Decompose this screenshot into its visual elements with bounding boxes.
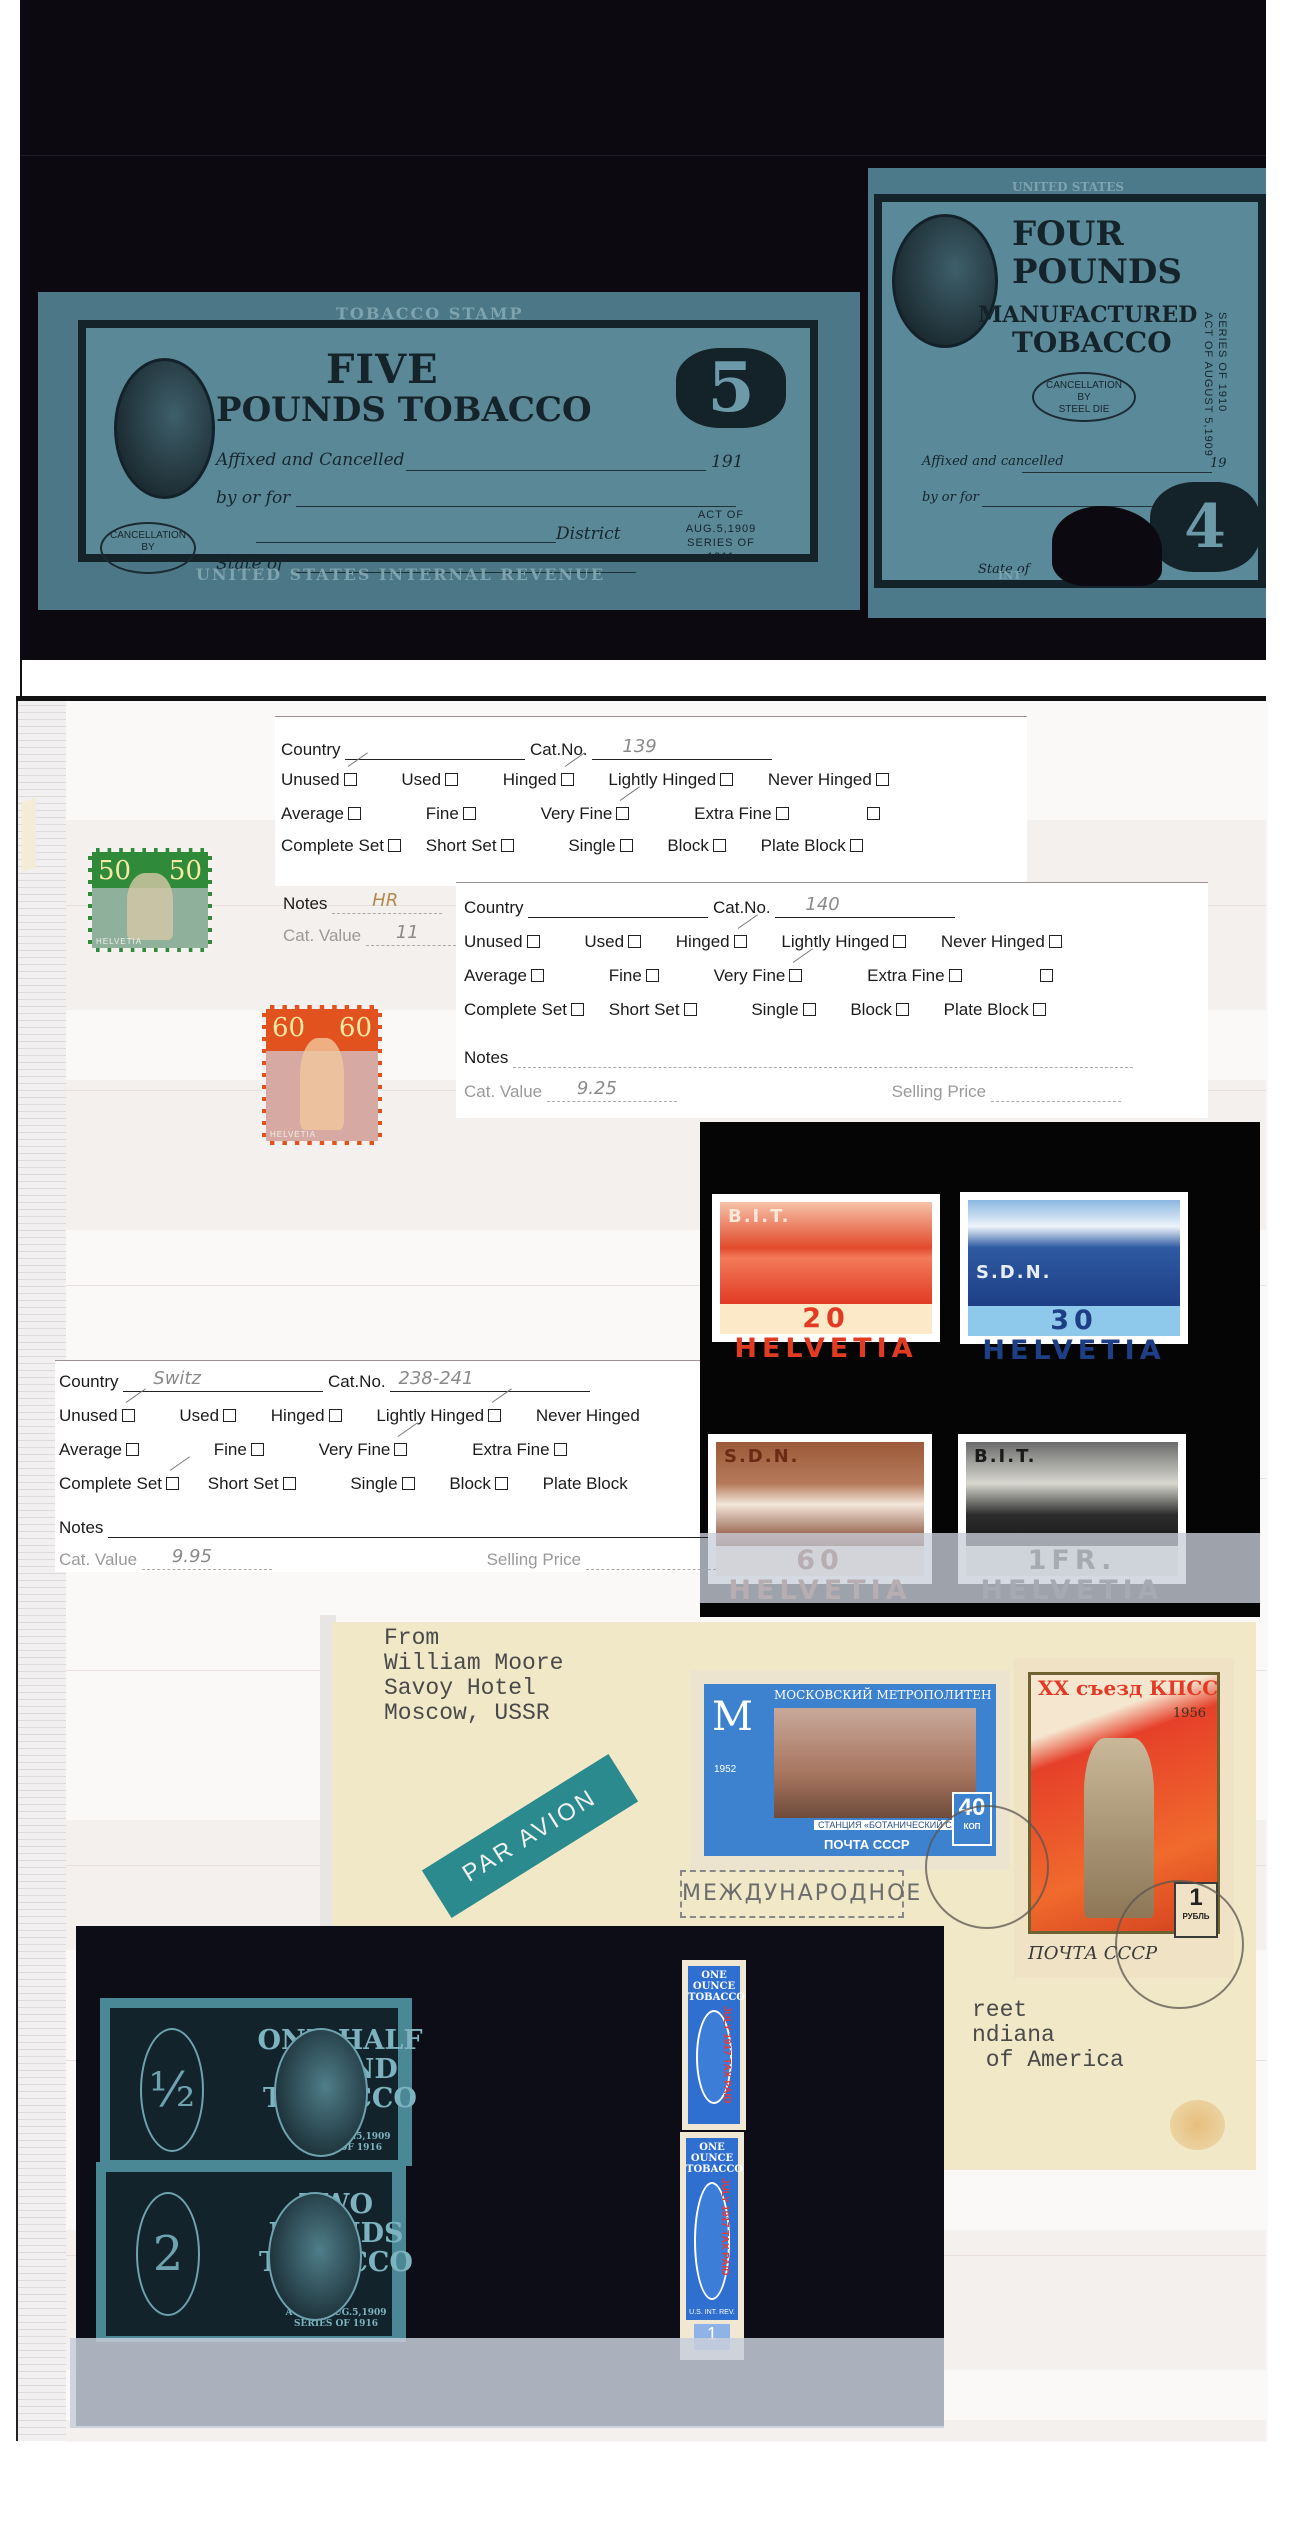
stamp-info-card: Country Cat.No. 140 Unused Used Hinged L…: [456, 882, 1208, 1118]
catno-label: Cat.No.: [328, 1372, 386, 1391]
selling-price-field[interactable]: [991, 1083, 1121, 1102]
stamp-helvetia-60[interactable]: 60 60 HELVETIA: [262, 1005, 382, 1145]
cancellation-oval: CANCELLATION BY STEEL DIE: [1032, 372, 1136, 422]
stamp-title-line2: POUNDS TOBACCO: [216, 390, 592, 430]
stamp-header: TOBACCO STAMP: [336, 304, 524, 323]
stamp-header: UNITED STATES: [1012, 180, 1124, 194]
series-vertical-text: SERIES OF 1910: [1216, 312, 1228, 412]
stamp-two-pounds-tobacco[interactable]: 2 TWO POUNDS TOBACCO ACT OF AUG.5,1909 S…: [96, 2162, 406, 2342]
stamp-half-pound-tobacco[interactable]: ½ ONE-HALF POUND TOBACCO ACT OF AUG.5,19…: [100, 1998, 412, 2166]
notes-field[interactable]: [108, 1519, 708, 1538]
grade-row: Average Fine Very Fine Extra Fine: [59, 1440, 567, 1460]
checkbox-blank[interactable]: [867, 807, 880, 820]
metro-station-image: [774, 1708, 976, 1818]
act-series-block: ACT OF AUG.5,1909 SERIES OF 1911: [676, 508, 766, 564]
checkbox-used[interactable]: [628, 935, 641, 948]
indian-head-portrait-icon: [114, 358, 215, 499]
format-row: Complete Set Short Set Single Block Plat…: [59, 1474, 628, 1494]
metro-monogram: M: [712, 1694, 753, 1740]
checkbox-very-fine[interactable]: [394, 1443, 407, 1456]
checkbox-hinged[interactable]: [561, 773, 574, 786]
indian-head-portrait-icon: [274, 2028, 368, 2157]
cat-value-label: Cat. Value: [59, 1550, 137, 1569]
red-overprint: JULY 1917 TAX PAID: [714, 2178, 730, 2300]
black-stock-mount: B.I.T. 20 HELVETIA S.D.N. 30 HELVETIA S.…: [700, 1122, 1260, 1617]
torn-paper-scrap: [22, 797, 36, 872]
condition-row: Unused Used Hinged Lightly Hinged Never …: [59, 1406, 640, 1426]
notes-field[interactable]: [513, 1049, 1133, 1068]
checkbox-never-hinged[interactable]: [1049, 935, 1062, 948]
cat-value-label: Cat. Value: [283, 926, 361, 945]
stamp-numeral: 4: [1150, 482, 1260, 572]
country-field[interactable]: [345, 741, 525, 760]
affixed-label: Affixed and Cancelled: [216, 450, 405, 470]
checkbox-never-hinged[interactable]: [876, 773, 889, 786]
country-field[interactable]: [528, 899, 708, 918]
selling-price-label: Selling Price: [487, 1550, 582, 1569]
country-label: Country: [59, 1372, 119, 1391]
glassine-sleeve: [70, 2338, 944, 2428]
checkbox-plate-block[interactable]: [1033, 1003, 1046, 1016]
foxing-stain: [1170, 2100, 1225, 2150]
checkbox-used[interactable]: [445, 773, 458, 786]
checkbox-complete-set[interactable]: [388, 839, 401, 852]
checkbox-block[interactable]: [713, 839, 726, 852]
format-row: Complete Set Short Set Single Block Plat…: [281, 836, 863, 856]
stamp-helvetia-50[interactable]: 50 50 HELVETIA: [88, 848, 212, 952]
selling-price-field[interactable]: [586, 1551, 716, 1570]
by-or-for-label: by or for: [216, 488, 290, 508]
checkbox-short-set[interactable]: [283, 1477, 296, 1490]
stamp-frame: TOBACCO STAMP FIVE POUNDS TOBACCO 5 Affi…: [78, 320, 818, 562]
catno-field[interactable]: 139: [592, 741, 772, 760]
stamp-one-ounce-tobacco[interactable]: ONE OUNCE TOBACCO JULY 1917 TAX PAID: [682, 1960, 746, 2130]
condition-row: Unused Used Hinged Lightly Hinged Never …: [281, 770, 889, 790]
stamp-title-line1: FIVE: [326, 346, 439, 393]
checkbox-average[interactable]: [348, 807, 361, 820]
indian-head-portrait-icon: [268, 2192, 362, 2321]
country-field[interactable]: Switz: [123, 1373, 323, 1392]
stamp-frame: UNITED STATES FOUR POUNDS MANUFACTURED T…: [874, 194, 1266, 588]
helvetia-figure-icon: [300, 1038, 345, 1130]
checkbox-complete-set[interactable]: [571, 1003, 584, 1016]
postmark-circle: [925, 1805, 1049, 1929]
cat-value-label: Cat. Value: [464, 1082, 542, 1101]
recipient-address: reet ndiana of America: [972, 1998, 1124, 2073]
torn-corner: [1052, 506, 1162, 586]
selling-price-label: Selling Price: [892, 1082, 987, 1101]
helvetia-figure-icon: [127, 873, 173, 940]
checkbox-complete-set[interactable]: [166, 1477, 179, 1490]
checkbox-fine[interactable]: [251, 1443, 264, 1456]
stamp-title-line: MANUFACTURED: [978, 302, 1197, 328]
checkbox-unused[interactable]: [122, 1409, 135, 1422]
grade-row: Average Fine Very Fine Extra Fine: [281, 804, 880, 824]
condition-row: Unused Used Hinged Lightly Hinged Never …: [464, 932, 1062, 952]
four-pounds-tobacco-stamp[interactable]: UNITED STATES FOUR POUNDS MANUFACTURED T…: [868, 168, 1266, 618]
checkbox-single[interactable]: [803, 1003, 816, 1016]
cat-value-field[interactable]: 9.95: [142, 1551, 272, 1570]
stamp-helvetia-20-bit[interactable]: B.I.T. 20 HELVETIA: [712, 1194, 940, 1342]
format-row: Complete Set Short Set Single Block Plat…: [464, 1000, 1046, 1020]
year-prefix: 191: [711, 452, 743, 472]
checkbox-lightly-hinged[interactable]: [720, 773, 733, 786]
checkbox-used[interactable]: [223, 1409, 236, 1422]
return-address: From William Moore Savoy Hotel Moscow, U…: [384, 1626, 563, 1726]
catno-field[interactable]: 140: [775, 899, 955, 918]
district-label: District: [556, 524, 621, 544]
stamp-helvetia-30-sdn[interactable]: S.D.N. 30 HELVETIA: [960, 1192, 1188, 1344]
by-or-for-label: by or for: [922, 490, 979, 505]
checkbox-unused[interactable]: [344, 773, 357, 786]
checkbox-lightly-hinged[interactable]: [488, 1409, 501, 1422]
stamp-title-line: POUNDS: [1012, 252, 1182, 292]
separator-strip: [20, 660, 1268, 698]
country-label: Country: [281, 740, 341, 759]
checkbox-unused[interactable]: [527, 935, 540, 948]
grade-row: Average Fine Very Fine Extra Fine: [464, 966, 1053, 986]
catno-label: Cat.No.: [713, 898, 771, 917]
glassine-sleeve: [700, 1533, 1260, 1603]
checkbox-very-fine[interactable]: [616, 807, 629, 820]
checkbox-average[interactable]: [126, 1443, 139, 1456]
black-stock-mount-bottom: ½ ONE-HALF POUND TOBACCO ACT OF AUG.5,19…: [76, 1926, 944, 2426]
stamp-numeral: 5: [676, 348, 786, 428]
stamp-title-line: TOBACCO: [1012, 326, 1172, 359]
checkbox-lightly-hinged[interactable]: [893, 935, 906, 948]
notes-label: Notes: [464, 1048, 508, 1067]
notes-label: Notes: [59, 1518, 103, 1537]
country-label: Country: [464, 898, 524, 917]
checkbox-plate-block[interactable]: [850, 839, 863, 852]
checkbox-extra-fine[interactable]: [776, 807, 789, 820]
checkbox-hinged[interactable]: [734, 935, 747, 948]
affixed-label: Affixed and cancelled: [922, 454, 1064, 469]
postmark-circle: [1115, 1880, 1244, 2009]
checkbox-average[interactable]: [531, 969, 544, 982]
stamp-one-ounce-tobacco[interactable]: ONE OUNCE TOBACCO JULY 1917 TAX PAID U.S…: [680, 2132, 744, 2360]
notes-label: Notes: [283, 894, 327, 913]
checkbox-single[interactable]: [620, 839, 633, 852]
red-overprint: JULY 1917 TAX PAID: [716, 2006, 732, 2104]
panel-fold-line: [20, 155, 1266, 156]
catno-field[interactable]: 238-241: [390, 1373, 590, 1392]
stamp-info-card: Country Cat.No. 139 Unused Used Hinged L…: [275, 716, 1027, 886]
cat-value-field[interactable]: 11: [366, 927, 456, 946]
card1-notes-area: Notes HR Cat. Value 11: [275, 880, 455, 955]
cancellation-oval: CANCELLATION BY STEEL DIE: [100, 522, 196, 574]
checkbox-short-set[interactable]: [684, 1003, 697, 1016]
cat-value-field[interactable]: 9.25: [547, 1083, 677, 1102]
checkbox-hinged[interactable]: [329, 1409, 342, 1422]
checkbox-fine[interactable]: [646, 969, 659, 982]
checkbox-blank[interactable]: [1040, 969, 1053, 982]
notes-field[interactable]: HR: [332, 895, 442, 914]
checkbox-extra-fine[interactable]: [554, 1443, 567, 1456]
checkbox-very-fine[interactable]: [789, 969, 802, 982]
five-pounds-tobacco-stamp[interactable]: TOBACCO STAMP FIVE POUNDS TOBACCO 5 Affi…: [38, 292, 860, 610]
act-vertical-text: ACT OF AUGUST 5,1909: [1202, 312, 1214, 457]
checkbox-block[interactable]: [896, 1003, 909, 1016]
checkbox-extra-fine[interactable]: [949, 969, 962, 982]
stamp-title-line: FOUR: [1012, 214, 1124, 254]
slogan-cancel: МЕЖДУНАРОДНОЕ: [680, 1870, 904, 1918]
checkbox-fine[interactable]: [463, 807, 476, 820]
palace-image: [968, 1200, 1180, 1306]
stamp-footer: UNITED STATES INTERNAL REVENUE: [196, 565, 605, 584]
checkbox-block[interactable]: [495, 1477, 508, 1490]
checkbox-single[interactable]: [402, 1477, 415, 1490]
stamp-info-card: Country Switz Cat.No. 238-241 Unused Use…: [55, 1360, 700, 1572]
checkbox-short-set[interactable]: [501, 839, 514, 852]
